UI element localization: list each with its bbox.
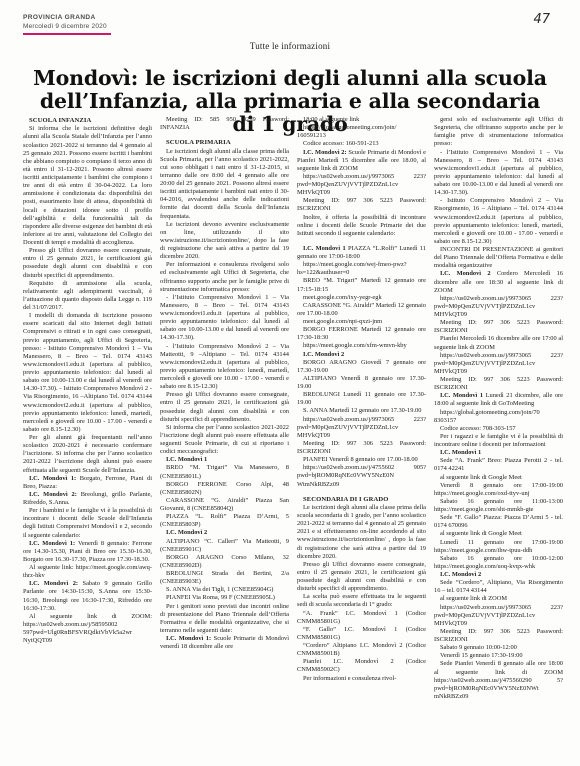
article-paragraph: https://global.gotomeeting.com/join/ 160… [297, 124, 426, 140]
paragraph-text: Venerdì 8 gennaio ore 17:00-19:00 https:… [434, 482, 563, 497]
article-paragraph: BORGO FERRONE Martedì 12 gennaio ore 17:… [297, 326, 426, 342]
paragraph-text: https://meet.google.com/xfm-wmvn-kby [303, 342, 407, 349]
paragraph-lead: I.C. Mondovì 2: [29, 580, 78, 587]
article-paragraph: Lunedì 11 gennaio ore 17:00-19:00 https:… [434, 539, 563, 555]
article-paragraph: - l’Istituto Comprensivo Mondovì 2 – Via… [160, 343, 289, 392]
article-paragraph: Si informa che le iscrizioni definitive … [23, 125, 152, 247]
paragraph-text: INCONTRI DI PRESENTAZIONE ai genitori de… [434, 246, 563, 269]
article-paragraph: I.C. Mondovì 1 [160, 456, 289, 464]
article-paragraph: Sede “F. Gallo” Piazza: Piazza D’Armi 5 … [434, 514, 563, 530]
article-paragraph: CARASSONE “G. Airaldi” Martedì 12 gennai… [297, 302, 426, 318]
article-paragraph: I.C. Mondovì 2 [297, 351, 426, 359]
paragraph-text: https://us02web.zoom.us/j/9973065 223?pw… [434, 295, 563, 318]
article-column-2: Meeting ID: 585 950 0259 Password: INFAN… [160, 116, 289, 760]
paragraph-text: Codice accesso: 708-303-157 [440, 425, 516, 432]
article-paragraph: Per i ragazzi e le famiglie vi è la poss… [434, 433, 563, 449]
paragraph-text: Le iscrizioni degli alunni alla classe p… [160, 148, 289, 220]
paragraph-text: al seguente link di ZOOM [440, 595, 507, 602]
paragraph-text: Si informa che le iscrizioni definitive … [23, 125, 152, 246]
paragraph-text: BREOLUNGI Lunedì 11 gennaio ore 17.30-19… [297, 391, 426, 406]
article-paragraph: I.C. Mondovì 2 [434, 571, 563, 579]
article-paragraph: BREOLUNGI Strada dei Bertini, 2/a (CNEE8… [160, 570, 289, 586]
article-paragraph: “A. Frank” I.C. Mondovì 1 (Codice CNMM85… [297, 610, 426, 626]
paragraph-lead: I.C. Mondovì 2: [29, 491, 77, 498]
article-paragraph: Venerdì 15 gennaio 17:30-19:00 [434, 652, 563, 660]
article-paragraph: https://global.gotomeeting.com/join/70 8… [434, 409, 563, 425]
paragraph-text: La scelta può essere effettuata tra le s… [297, 593, 426, 608]
article-paragraph: Sabato 9 gennaio 10:00-12:00 [434, 644, 563, 652]
paragraph-lead: I.C. Mondovì 1: [29, 475, 76, 482]
paragraph-text: ALTIPIANO Venerdì 8 gennaio ore 17.30-19… [297, 375, 426, 390]
article-paragraph: https://us02web.zoom.us/j/9973065 223?pw… [434, 604, 563, 628]
article-paragraph: BORGO FERRONE Corso Alpi, 48 (CNEE85802N… [160, 481, 289, 497]
article-paragraph: al seguente link di Google Meet [434, 530, 563, 538]
section-heading: SECONDARIA DI I GRADO [297, 496, 426, 504]
paragraph-text: Pianfei I.C. Mondovì 2 (Codice CNMM85902… [297, 658, 426, 673]
article-paragraph: BREO “M. Trigari” Martedì 12 gennaio ore… [297, 277, 426, 293]
paragraph-text: Codice accesso: 160-591-213 [303, 140, 379, 147]
article-paragraph: https://meet.google.com/wej-fmeo-pwz?hs=… [297, 261, 426, 277]
article-paragraph: I.C. Mondovì 1: Scuole Primarie di Mondo… [160, 635, 289, 651]
paragraph-text: 18:00 al seguente link [303, 116, 359, 123]
article-paragraph: Presso gli Uffici dovranno essere conseg… [160, 391, 289, 424]
article-paragraph: https://us02web.zoom.us/j/9973065 223?pw… [297, 416, 426, 440]
article-paragraph: I.C. Mondovì 1: Venerdì 8 gennaio: Ferro… [23, 540, 152, 564]
paragraph-text: Al seguente link: https://meet.google.co… [23, 564, 152, 579]
paragraph-text: Sabato 16 gennaio ore 10:00-12:00 https:… [434, 555, 563, 570]
article-paragraph: Per informazioni e consulenza rivol- [297, 675, 426, 683]
paragraph-text: Presso gli Uffici dovranno essere conseg… [23, 247, 152, 278]
paragraph-text: Sede Pianfei Venerdì 8 gennaio alle ore … [434, 660, 563, 700]
article-paragraph: Sede Pianfei Venerdì 8 gennaio alle ore … [434, 660, 563, 701]
article-paragraph: Sede “A. Frank” Breo: Piazza Perotti 2 -… [434, 457, 563, 473]
article-paragraph: al seguente link di ZOOM [434, 595, 563, 603]
paragraph-text: https://us02web.zoom.us/j/9973065 223?pw… [434, 604, 563, 627]
article-paragraph: Presso gli Uffici dovranno essere conseg… [23, 247, 152, 280]
paragraph-text: SCUOLA PRIMARIA [166, 139, 231, 146]
article-paragraph: Meeting ID: 997 306 5223 Password: ISCRI… [297, 440, 426, 456]
paragraph-text: I modelli di domanda di iscrizione posso… [23, 312, 152, 433]
paragraph-text: SCUOLA INFANZIA [29, 117, 91, 124]
paragraph-text: meet.google.com/npi-qxzi-jnm [303, 318, 382, 325]
article-paragraph: CARASSONE “G. Airaldi” Piazza San Giovan… [160, 497, 289, 513]
article-paragraph: ALTIPIANO “C. Calleri” Via Matteotti, 9 … [160, 538, 289, 554]
paragraph-text: BREOLUNGI Strada dei Bertini, 2/a (CNEE8… [160, 570, 289, 585]
masthead-date: Mercoledì 9 dicembre 2020 [23, 22, 107, 31]
paragraph-text: Meeting ID: 585 950 0259 Password: INFAN… [160, 116, 289, 131]
paragraph-text: https://us02web.zoom.us/j/4755602 905?pw… [297, 464, 426, 487]
paragraph-text: Al seguente link di ZOOM: https://us02we… [23, 613, 152, 644]
article-paragraph: S. ANNA Via dei Tigli, 1 (CNEE85904G) [160, 586, 289, 594]
paragraph-text: PIAZZA “L. Rolfi” Piazza D’Armi, 5 (CNEE… [160, 513, 289, 528]
article-paragraph: https://us02web.zoom.us/j/4755602 905?pw… [297, 464, 426, 488]
paragraph-text: Lunedì 11 gennaio ore 17:00-19:00 https:… [434, 539, 563, 554]
article-paragraph: I.C. Mondovì 1 Lunedì 21 dicembre, alle … [434, 392, 563, 408]
paragraph-text: I.C. Mondovì 2 [166, 529, 207, 536]
paragraph-text: BORGO ARAGNO Giovedì 7 gennaio ore 17.30… [297, 359, 426, 374]
paragraph-text: “F. Gallo” I.C. Mondovì 1 (Codice CNMM85… [297, 626, 426, 641]
article-paragraph: - l’Istituto Comprensivo Mondovì 1 – Via… [434, 149, 563, 198]
paragraph-text: Meeting ID: 997 306 5223 Password: ISCRI… [434, 628, 563, 643]
article-paragraph: La scelta può essere effettuata tra le s… [297, 593, 426, 609]
article-paragraph: BORGO ARAGNO Giovedì 7 gennaio ore 17.30… [297, 359, 426, 375]
article-paragraph: ALTIPIANO Venerdì 8 gennaio ore 17.30-19… [297, 375, 426, 391]
article-paragraph: I.C. Mondovì 2: Scuole Primarie di Mondo… [297, 149, 426, 173]
paragraph-text: Pianfei Mercoledì 16 dicembre alle ore 1… [434, 335, 563, 350]
paragraph-text: S. ANNA Via dei Tigli, 1 (CNEE85904G) [166, 586, 273, 593]
article-paragraph: I.C. Mondovì 2 Cordero Mercoledì 16 dice… [434, 270, 563, 294]
paragraph-text: I.C. Mondovì 2 [440, 571, 481, 578]
article-paragraph: https://us02web.zoom.us/j/9973065 223?pw… [297, 173, 426, 197]
article-paragraph: Sabato 16 gennaio ore 10:00-12:00 https:… [434, 555, 563, 571]
article-paragraph: Pianfei I.C. Mondovì 2 (Codice CNMM85902… [297, 658, 426, 674]
masthead-title: PROVINCIA GRANDA [23, 13, 107, 22]
paragraph-text: “Cordero” Altipiano I.C. Mondovì 2 (Codi… [297, 642, 426, 657]
paragraph-text: al seguente link di Google Meet [440, 474, 522, 481]
article-paragraph: Meeting ID: 997 306 5223 Password: ISCRI… [297, 197, 426, 213]
paragraph-text: Sabato 16 gennaio ore 11:00-13:00 https:… [434, 498, 563, 513]
paragraph-text: https://meet.google.com/wej-fmeo-pwz?hs=… [297, 261, 407, 276]
article-paragraph: Per i bambini e le famiglie vi è la poss… [23, 507, 152, 540]
paragraph-text: PIANFEI Via Roma, 99 F (CNEE85905L) [166, 594, 275, 601]
article-paragraph: I.C. Mondovì 1: Borgato, Ferrone, Piani … [23, 475, 152, 491]
paragraph-text: Per i ragazzi e le famiglie vi è la poss… [434, 433, 563, 448]
article-paragraph: Le iscrizioni devono avvenire esclusivam… [160, 221, 289, 262]
paragraph-text: BORGO FERRONE Corso Alpi, 48 (CNEE85802N… [160, 481, 289, 496]
paragraph-text: Le iscrizioni degli alunni alla classe p… [297, 504, 426, 560]
article-column-4: gersi solo ed esclusivamente agli Uffici… [434, 116, 563, 760]
paragraph-text: - Istituto Comprensivo Mondovì 2 – Via R… [434, 197, 563, 245]
article-paragraph: 18:00 al seguente link [297, 116, 426, 124]
article-paragraph: Meeting ID: 585 950 0259 Password: INFAN… [160, 116, 289, 132]
paragraph-lead: I.C. Mondovì 2: [303, 149, 347, 156]
article-paragraph: al seguente link di Google Meet [434, 474, 563, 482]
paragraph-text: Venerdì 15 gennaio 17:30-19:00 [440, 652, 523, 659]
paragraph-text: Per gli alunni già frequentanti nell’ann… [23, 434, 152, 474]
masthead: PROVINCIA GRANDA Mercoledì 9 dicembre 20… [23, 13, 107, 31]
paragraph-text: I.C. Mondovì 1 [440, 449, 481, 456]
date-underline [23, 33, 111, 35]
article-paragraph: Meeting ID: 997 306 5223 Password: ISCRI… [434, 376, 563, 392]
paragraph-text: Meeting ID: 997 306 5223 Password: ISCRI… [297, 440, 426, 455]
paragraph-text: Per i bambini e le famiglie vi è la poss… [23, 507, 152, 538]
article-paragraph: Per informazioni e consulenza rivolgersi… [160, 261, 289, 294]
article-paragraph: meet.google.com/npi-qxzi-jnm [297, 318, 426, 326]
paragraph-lead: I.C. Mondovì 1 [303, 245, 346, 252]
paragraph-text: gersi solo ed esclusivamente agli Uffici… [434, 116, 563, 147]
article-paragraph: Al seguente link di ZOOM: https://us02we… [23, 613, 152, 646]
article-paragraph: Inoltre, è offerta la possibilità di inc… [297, 214, 426, 238]
paragraph-text: Per informazioni e consulenza rivolgersi… [160, 261, 289, 292]
article-paragraph: Meeting ID: 997 306 5223 Password: ISCRI… [434, 628, 563, 644]
paragraph-text: https://us02web.zoom.us/j/9973065 223?pw… [297, 173, 426, 196]
article-paragraph: https://us02web.zoom.us/j/9973065 223?pw… [434, 295, 563, 319]
article-paragraph: Le iscrizioni degli alunni alla classe p… [160, 148, 289, 221]
paragraph-text: BORGO FERRONE Martedì 12 gennaio ore 17:… [297, 326, 426, 341]
article-column-3: 18:00 al seguente linkhttps://global.got… [297, 116, 426, 760]
article-paragraph: INCONTRI DI PRESENTAZIONE ai genitori de… [434, 246, 563, 270]
section-heading: SCUOLA PRIMARIA [160, 139, 289, 147]
paragraph-text: I.C. Mondovì 2 [303, 351, 344, 358]
article-paragraph: - l’Istituto Comprensivo Mondovì 1 – Via… [160, 294, 289, 343]
newspaper-page: PROVINCIA GRANDA Mercoledì 9 dicembre 20… [0, 0, 580, 766]
article-paragraph: I modelli di domanda di iscrizione posso… [23, 312, 152, 434]
paragraph-lead: I.C. Mondovì 2 [440, 270, 491, 277]
paragraph-text: BORGO ARAGNO Corso Milano, 32 (CNEE85902… [160, 554, 289, 569]
article-paragraph: “Cordero” Altipiano I.C. Mondovì 2 (Codi… [297, 642, 426, 658]
article-paragraph: PIAZZA “L. Rolfi” Piazza D’Armi, 5 (CNEE… [160, 513, 289, 529]
article-paragraph: I.C. Mondovì 2 [160, 529, 289, 537]
kicker: Tutte le informazioni [0, 41, 580, 51]
paragraph-text: SECONDARIA DI I GRADO [303, 496, 388, 503]
paragraph-text: https://us02web.zoom.us/j/9973065 223?pw… [297, 416, 426, 439]
paragraph-text: https://us02web.zoom.us/j/9973065 223?pw… [434, 352, 563, 375]
article-paragraph: “F. Gallo” I.C. Mondovì 1 (Codice CNMM85… [297, 626, 426, 642]
article-paragraph: Al seguente link: https://meet.google.co… [23, 564, 152, 580]
paragraph-text: al seguente link di Google Meet [440, 530, 522, 537]
paragraph-text: Meeting ID: 997 306 5223 Password: ISCRI… [434, 376, 563, 391]
article-paragraph: - Istituto Comprensivo Mondovì 2 – Via R… [434, 197, 563, 246]
section-heading: SCUOLA INFANZIA [23, 117, 152, 125]
article-paragraph: Si informa che per l’anno scolastico 202… [160, 424, 289, 457]
article-paragraph: Sede “Cordero”, Altipiano, Via Risorgime… [434, 579, 563, 595]
paragraph-text: Requisito di ammissione alla scuola, rel… [23, 280, 152, 311]
article-paragraph: Pianfei Mercoledì 16 dicembre alle ore 1… [434, 335, 563, 351]
article-paragraph: S. ANNA Martedì 12 gennaio ore 17.30-19.… [297, 407, 426, 415]
paragraph-lead: I.C. Mondovì 1: [29, 540, 75, 547]
paragraph-text: Sede “F. Gallo” Piazza: Piazza D’Armi 5 … [434, 514, 563, 529]
paragraph-text: Le iscrizioni devono avvenire esclusivam… [160, 221, 289, 261]
paragraph-text: CARASSONE “G. Airaldi” Piazza San Giovan… [160, 497, 289, 512]
paragraph-text: Presso gli Uffici dovranno essere conseg… [297, 561, 426, 592]
article-column-1: SCUOLA INFANZIASi informa che le iscrizi… [23, 116, 152, 760]
article-paragraph: Meeting ID: 997 306 5223 Password: ISCRI… [434, 319, 563, 335]
paragraph-text: PIANFEI Venerdì 8 gennaio ore 17.00-18.0… [303, 456, 418, 463]
article-paragraph: I.C. Mondovì 1 [434, 449, 563, 457]
article-paragraph: Requisito di ammissione alla scuola, rel… [23, 280, 152, 313]
article-paragraph: Codice accesso: 160-591-213 [297, 140, 426, 148]
paragraph-text: - l’Istituto Comprensivo Mondovì 1 – Via… [434, 149, 563, 197]
article-paragraph: Per gli alunni già frequentanti nell’ann… [23, 434, 152, 475]
paragraph-text: Sede “A. Frank” Breo: Piazza Perotti 2 -… [434, 457, 563, 472]
article-paragraph: Presso gli Uffici dovranno essere conseg… [297, 561, 426, 594]
paragraph-text: meet.google.com/ixy-yegr-egk [303, 294, 382, 301]
article-paragraph: I.C. Mondovì 2: Sabato 9 gennaio Grillo … [23, 580, 152, 613]
paragraph-text: Inoltre, è offerta la possibilità di inc… [297, 214, 426, 237]
article-paragraph: BREOLUNGI Lunedì 11 gennaio ore 17.30-19… [297, 391, 426, 407]
paragraph-text: Meeting ID: 997 306 5223 Password: ISCRI… [434, 319, 563, 334]
article-paragraph: PIANFEI Venerdì 8 gennaio ore 17.00-18.0… [297, 456, 426, 464]
article-paragraph: gersi solo ed esclusivamente agli Uffici… [434, 116, 563, 149]
article-paragraph: PIANFEI Via Roma, 99 F (CNEE85905L) [160, 594, 289, 602]
paragraph-text: Si informa che per l’anno scolastico 202… [160, 424, 289, 455]
paragraph-text: S. ANNA Martedì 12 gennaio ore 17.30-19.… [303, 407, 421, 414]
paragraph-text: I.C. Mondovì 1 [166, 456, 207, 463]
article-paragraph: https://meet.google.com/xfm-wmvn-kby [297, 342, 426, 350]
paragraph-text: Meeting ID: 997 306 5223 Password: ISCRI… [297, 197, 426, 212]
paragraph-text: Sede “Cordero”, Altipiano, Via Risorgime… [434, 579, 563, 594]
paragraph-text: - l’Istituto Comprensivo Mondovì 1 – Via… [160, 294, 289, 342]
paragraph-text: BREO “M. Trigari” Via Manessero, 8 (CNEE… [160, 464, 289, 479]
paragraph-text: CARASSONE “G. Airaldi” Martedì 12 gennai… [297, 302, 426, 317]
paragraph-text: https://global.gotomeeting.com/join/70 8… [434, 409, 540, 424]
paragraph-text: Per informazioni e consulenza rivol- [303, 675, 396, 682]
paragraph-lead: I.C. Mondovì 1 [440, 392, 483, 399]
article-paragraph: meet.google.com/ixy-yegr-egk [297, 294, 426, 302]
article-paragraph: Sabato 16 gennaio ore 11:00-13:00 https:… [434, 498, 563, 514]
paragraph-text: “A. Frank” I.C. Mondovì 1 (Codice CNMM85… [297, 610, 426, 625]
paragraph-text: Presso gli Uffici dovranno essere conseg… [160, 391, 289, 422]
article-paragraph: Per i genitori sono previsti due incontr… [160, 603, 289, 636]
paragraph-text: Per i genitori sono previsti due incontr… [160, 603, 289, 634]
article-paragraph: Venerdì 8 gennaio ore 17:00-19:00 https:… [434, 482, 563, 498]
article-columns: SCUOLA INFANZIASi informa che le iscrizi… [23, 116, 563, 760]
article-paragraph: BORGO ARAGNO Corso Milano, 32 (CNEE85902… [160, 554, 289, 570]
paragraph-text: Sabato 9 gennaio 10:00-12:00 [440, 644, 517, 651]
article-paragraph: https://us02web.zoom.us/j/9973065 223?pw… [434, 352, 563, 376]
page-number: 47 [533, 12, 550, 27]
paragraph-text: https://global.gotomeeting.com/join/ 160… [297, 124, 396, 139]
article-paragraph: BREO “M. Trigari” Via Manessero, 8 (CNEE… [160, 464, 289, 480]
paragraph-text: - l’Istituto Comprensivo Mondovì 2 – Via… [160, 343, 289, 391]
article-paragraph: Codice accesso: 708-303-157 [434, 425, 563, 433]
paragraph-text: BREO “M. Trigari” Martedì 12 gennaio ore… [297, 277, 426, 292]
article-paragraph: I.C. Mondovì 2: Breolungi, grillo Parlan… [23, 491, 152, 507]
article-paragraph: Le iscrizioni degli alunni alla classe p… [297, 504, 426, 561]
paragraph-text: ALTIPIANO “C. Calleri” Via Matteotti, 9 … [160, 538, 289, 553]
paragraph-lead: I.C. Mondovì 1: [166, 635, 211, 642]
article-paragraph: I.C. Mondovì 1 PIAZZA “L.Rolfi” Lunedì 1… [297, 245, 426, 261]
